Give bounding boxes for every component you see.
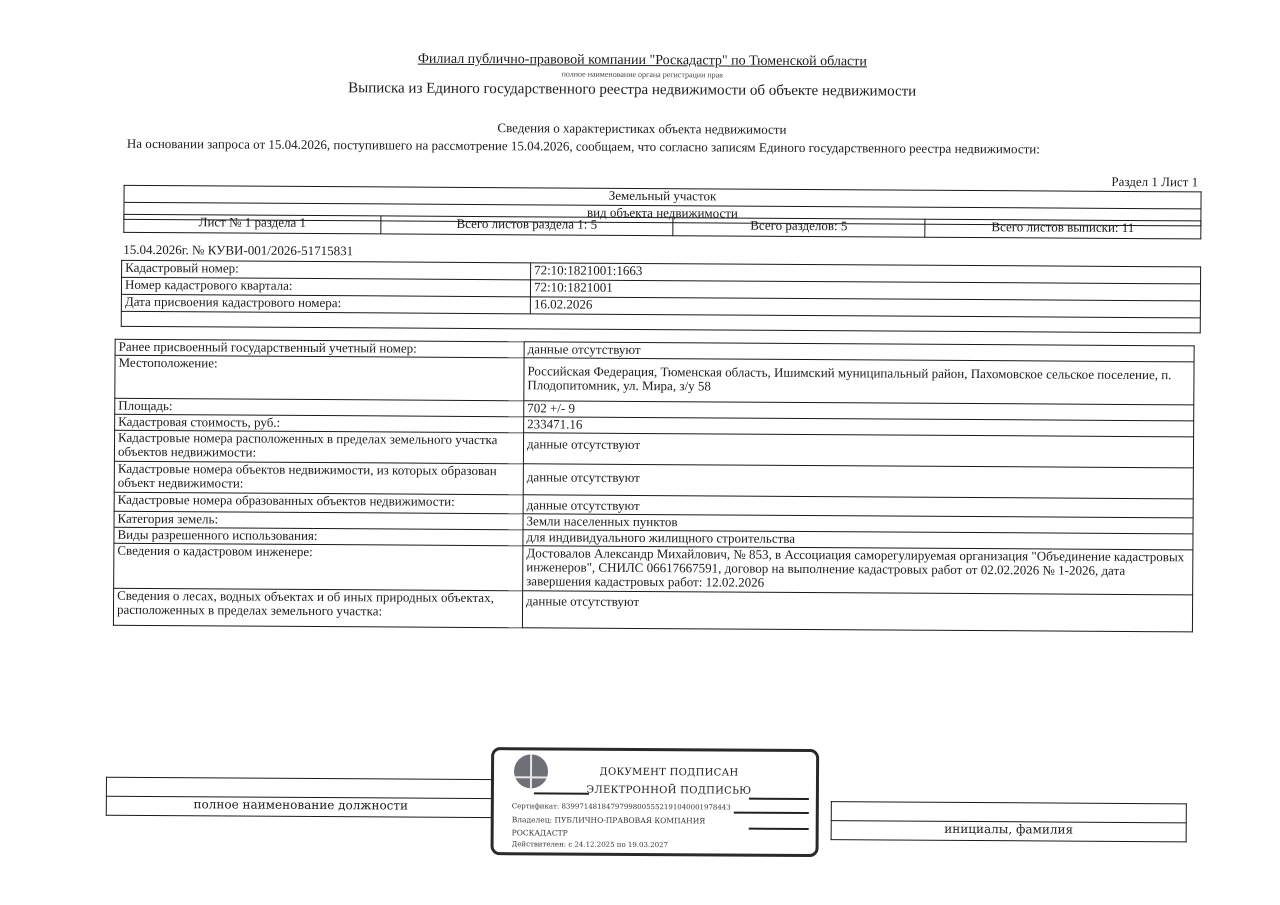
row-label: Сведения о лесах, водных объектах и об и… — [113, 588, 522, 627]
name-signature-block: инициалы, фамилия — [831, 801, 1187, 842]
total-sections: Всего разделов: 5 — [673, 218, 925, 238]
section-title: Сведения о характеристиках объекта недви… — [302, 119, 982, 139]
stamp-title-line1: ДОКУМЕНТ ПОДПИСАН — [554, 766, 784, 778]
stamp-line-decor — [749, 828, 809, 830]
row-value: данные отсутствуют — [523, 433, 1193, 468]
intro-text: На основании запроса от 15.04.2026, пост… — [127, 136, 1207, 159]
position-signature-block: полное наименование должности — [106, 777, 496, 818]
stamp-certificate: Сертификат: 8399714818479799800555219104… — [512, 802, 731, 811]
stamp-validity: Действителен: с 24.12.2025 по 19.03.2027 — [512, 840, 668, 849]
stamp-line-decor — [749, 798, 809, 800]
document-title: Выписка из Единого государственного реес… — [242, 80, 1022, 102]
row-value: Достовалов Александр Михайлович, № 853, … — [523, 546, 1193, 595]
stamp-line-decor — [534, 792, 589, 794]
sheets-in-section: Всего листов раздела 1: 5 — [381, 216, 673, 236]
identifiers-table: Кадастровый номер: 72:10:1821001:1663 Но… — [121, 260, 1201, 334]
name-caption: инициалы, фамилия — [831, 821, 1186, 842]
table-row: Местоположение: Российская Федерация, Тю… — [115, 355, 1194, 405]
row-value: Российская Федерация, Тюменская область,… — [524, 358, 1194, 405]
extract-page: Филиал публично-правовой компании "Роска… — [0, 0, 1280, 905]
row-label: Кадастровые номера расположенных в преде… — [114, 430, 523, 463]
position-caption: полное наименование должности — [106, 796, 495, 817]
table-row: Сведения о лесах, водных объектах и об и… — [113, 588, 1192, 632]
row-value: данные отсутствуют — [522, 591, 1192, 632]
stamp-line-decor — [734, 812, 809, 814]
row-label: Местоположение: — [115, 355, 524, 400]
roskadastr-logo-icon — [514, 754, 548, 788]
characteristics-table: Ранее присвоенный государственный учетны… — [113, 339, 1195, 633]
row-label: Кадастровые номера объектов недвижимости… — [114, 461, 523, 494]
total-sheets: Всего листов выписки: 11 — [925, 219, 1201, 239]
stamp-title-line2: ЭЛЕКТРОННОЙ ПОДПИСЬЮ — [554, 784, 784, 796]
sheet-number: Лист № 1 раздела 1 — [124, 214, 381, 234]
request-number: 15.04.2026г. № КУВИ-001/2026-51715831 — [123, 242, 353, 259]
row-value: данные отсутствуют — [523, 464, 1193, 499]
name-blank — [831, 802, 1186, 823]
stamp-owner: Владелец: ПУБЛИЧНО-ПРАВОВАЯ КОМПАНИЯ — [512, 815, 706, 825]
table-row: Сведения о кадастровом инженере: Достова… — [114, 543, 1193, 595]
stamp-owner-name: РОСКАДАСТР — [512, 828, 568, 837]
row-label: Сведения о кадастровом инженере: — [114, 543, 523, 590]
position-blank — [106, 777, 495, 798]
electronic-signature-stamp: ДОКУМЕНТ ПОДПИСАН ЭЛЕКТРОННОЙ ПОДПИСЬЮ С… — [491, 747, 820, 857]
